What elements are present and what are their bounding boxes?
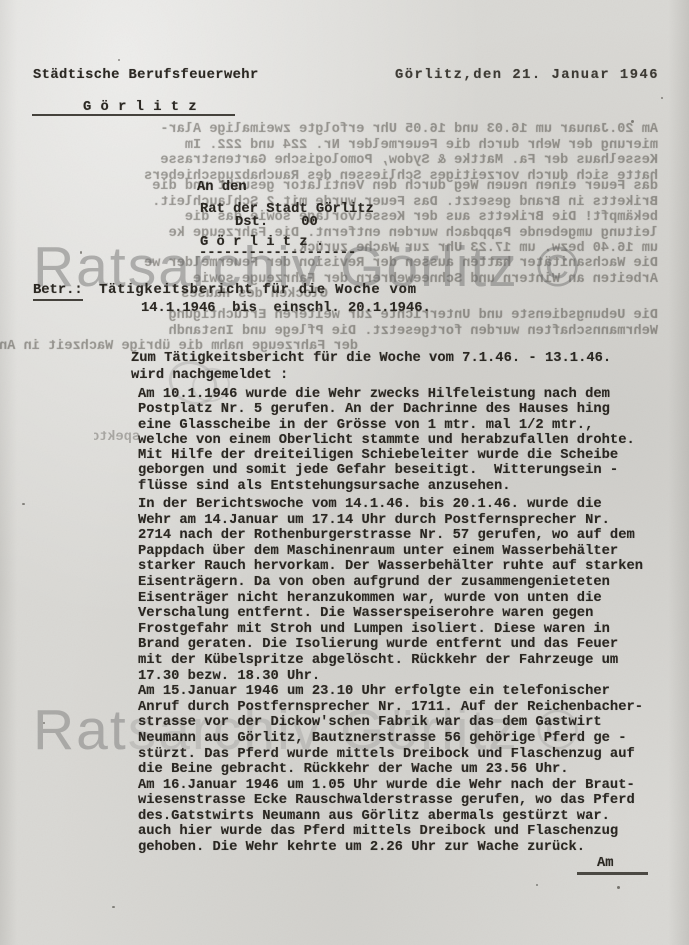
paper-speck (631, 120, 634, 123)
text-line: Postplatz Nr. 5 gerufen. An der Dachrinn… (138, 402, 635, 417)
paper-speck (43, 722, 45, 724)
text-line: Anruf durch Postfernsprecher Nr. 1711. A… (138, 700, 643, 716)
report-paragraph-2: In der Berichtswoche vom 14.1.46. bis 20… (138, 497, 643, 856)
text-line: Mit Hilfe der dreiteiligen Schiebeleiter… (138, 448, 635, 463)
catchword-underline (577, 872, 648, 875)
subject-label: Betr.: (33, 283, 83, 301)
text-line: Am 20.Januar um 16.03 und 16.05 Uhr erfo… (30, 122, 658, 138)
bleedthrough-text-block-top: Am 20.Januar um 16.03 und 16.05 Uhr erfo… (30, 122, 658, 184)
text-line: Am 15.Januar 1946 um 23.10 Uhr erfolgte … (138, 684, 643, 700)
subject-line-2: 14.1.1946 bis einschl. 20.1.1946. (141, 301, 431, 316)
sender-city-underline (32, 114, 235, 116)
text-line: 17.30 bezw. 18.30 Uhr. (138, 669, 643, 685)
text-line: stürzt. Das Pferd wurde mittels Dreibock… (138, 747, 643, 763)
archive-watermark-lower-strong: Rat (33, 698, 128, 762)
text-line: strasse vor der Dickow'schen Fabrik war … (138, 715, 643, 731)
text-line: Eisenträgern. Da von oben aufgrund der z… (138, 575, 643, 591)
sender-name: Städtische Berufsfeuerwehr (33, 68, 259, 83)
text-line: Am 16.Januar 1946 um 1.05 Uhr wurde die … (138, 778, 643, 794)
sender-city: G ö r l i t z (83, 100, 197, 115)
paper-speck (80, 251, 82, 254)
text-line: Brand geraten. Die Isolierung wurde entf… (138, 637, 643, 653)
paper-speck (661, 97, 663, 99)
text-line: Am 10.1.1946 wurde die Wehr zwecks Hilfe… (138, 387, 635, 402)
text-line: des.Gatstwirts Neumann aus Görlitz aberm… (138, 809, 643, 825)
text-line: Kesselhaus der Fa. Mattke & Sydow, Pomol… (30, 153, 658, 169)
recipient-department: Dst. 00 (235, 215, 318, 230)
bleedthrough-fragment: spektor (94, 430, 140, 446)
text-line: leitung umgebende Pappdach wurden entfer… (30, 226, 658, 242)
text-line: das Feuer einen neuen Weg durch den Vent… (30, 179, 658, 195)
recipient-divider: ------------------- (199, 246, 356, 261)
text-line: starker Rauch hervorkam. Der Wasserbehäl… (138, 559, 643, 575)
text-line: mierung der Wehr durch die Feuermelder N… (30, 138, 658, 154)
paper-speck (22, 503, 25, 505)
recipient-salutation: An den (197, 180, 247, 195)
dateline: Görlitz,den 21. Januar 1946 (395, 68, 659, 83)
text-line: Wehrmannschaften wurden fortgesetzt. Die… (30, 324, 658, 340)
subject-line-1: Tätigkeitsbericht für die Woche vom (99, 283, 417, 298)
text-line: gehoben. Die Wehr kehrte um 2.26 Uhr zur… (138, 840, 643, 856)
text-line: die Beine gebracht. Rückkehr der Wache u… (138, 762, 643, 778)
report-paragraph-1: Am 10.1.1946 wurde die Wehr zwecks Hilfe… (138, 387, 635, 494)
catchword: Am (597, 856, 614, 871)
text-line: eine Glasscheibe in der Grösse von 1 mtr… (138, 418, 635, 433)
text-line: geborgen und somit jede Gefahr beseitigt… (138, 463, 635, 478)
text-line: 2714 nach der Rothenburgerstrasse Nr. 57… (138, 528, 643, 544)
text-line: wiesenstrasse Ecke Rauschwalderstrasse g… (138, 793, 643, 809)
text-line: In der Berichtswoche vom 14.1.46. bis 20… (138, 497, 643, 513)
catchword-dot (617, 886, 620, 889)
text-line: Zum Tätigkeitsbericht für die Woche vom … (131, 351, 611, 368)
text-line: flüsse sind als Entstehungsursache anzus… (138, 479, 635, 494)
paper-speck (112, 906, 115, 908)
text-line: Eisenträger nicht heranzukommen war, wur… (138, 591, 643, 607)
text-line: auch hier wurde das Pferd mittels Dreibo… (138, 824, 643, 840)
paper-speck (118, 59, 120, 61)
text-line: Neumann aus Görlitz, Bautznerstrasse 56 … (138, 731, 643, 747)
text-line: Frostgefahr mit Stroh und Lumpen isolier… (138, 622, 643, 638)
text-line: Verschalung entfernt. Die Wasserspeisero… (138, 606, 643, 622)
text-line: mit der Kübelspritze abgelöscht. Rückkeh… (138, 653, 643, 669)
text-line: welche von einem Oberlicht stammte und h… (138, 433, 635, 448)
text-line: Pappdach über dem Maschinenraum unter ei… (138, 544, 643, 560)
scanned-document-page: Am 20.Januar um 16.03 und 16.05 Uhr erfo… (0, 0, 689, 945)
text-line: Wehr am 14.Januar um 17.14 Uhr durch Pos… (138, 513, 643, 529)
report-intro: Zum Tätigkeitsbericht für die Woche vom … (131, 351, 611, 384)
text-line: wird nachgemeldet : (131, 368, 611, 385)
paper-speck (536, 884, 538, 886)
